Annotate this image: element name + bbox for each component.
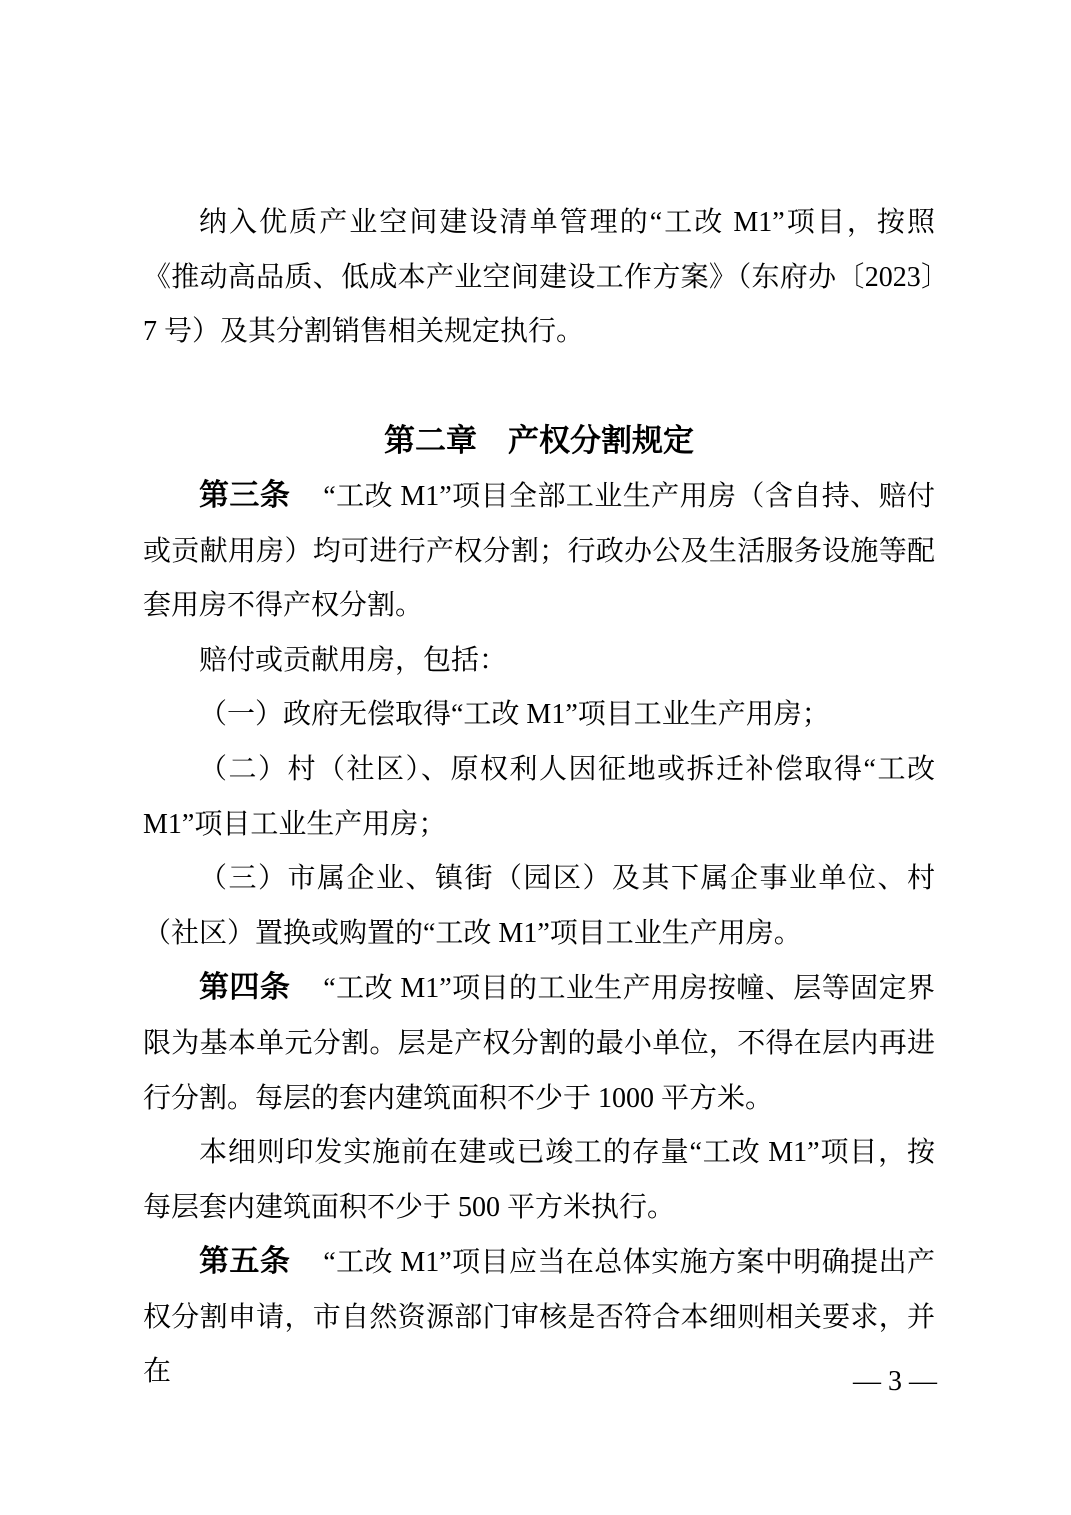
article-4-label: 第四条 [199,971,290,1004]
list-item-1: （一）政府无偿取得“工改 M1”项目工业生产用房； [143,688,935,743]
article-5: 第五条“工改 M1”项目应当在总体实施方案中明确提出产权分割申请，市自然资源部门… [143,1235,935,1400]
page-number: — 3 — [853,1362,937,1402]
document-page: 纳入优质产业空间建设清单管理的“工改 M1”项目，按照《推动高品质、低成本产业空… [0,0,1071,1515]
article-4: 第四条“工改 M1”项目的工业生产用房按幢、层等固定界限为基本单元分割。层是产权… [143,961,935,1126]
paragraph-intro: 纳入优质产业空间建设清单管理的“工改 M1”项目，按照《推动高品质、低成本产业空… [143,196,935,360]
paragraph-existing-projects: 本细则印发实施前在建或已竣工的存量“工改 M1”项目，按每层套内建筑面积不少于 … [143,1126,935,1235]
article-3-label: 第三条 [199,479,290,512]
chapter-heading: 第二章 产权分割规定 [143,414,935,469]
article-5-label: 第五条 [199,1245,290,1278]
list-item-3: （三）市属企业、镇街（园区）及其下属企事业单位、村（社区）置换或购置的“工改 M… [143,852,935,961]
article-3: 第三条“工改 M1”项目全部工业生产用房（含自持、赔付或贡献用房）均可进行产权分… [143,469,935,634]
list-item-2: （二）村（社区）、原权利人因征地或拆迁补偿取得“工改 M1”项目工业生产用房； [143,743,935,852]
paragraph-compensation-intro: 赔付或贡献用房，包括： [143,634,935,689]
document-body: 纳入优质产业空间建设清单管理的“工改 M1”项目，按照《推动高品质、低成本产业空… [143,196,935,1400]
